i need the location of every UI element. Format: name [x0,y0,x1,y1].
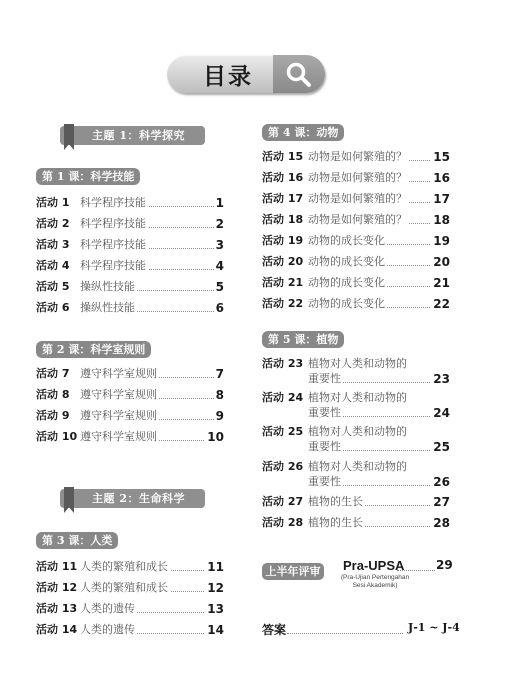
activity-number: 活动 9 [36,408,69,424]
toc-entry[interactable]: 活动 19 动物的成长变化 19 [262,233,450,249]
page-number: 18 [431,212,450,228]
page-number: 20 [431,254,450,270]
activity-number: 活动 6 [36,300,69,316]
toc-entry[interactable]: 活动 24 植物对人类和动物的 重要性 24 [262,390,450,420]
activity-title: 遵守科学室规则 [80,366,159,382]
page-number: 9 [214,408,224,424]
toc-entry[interactable]: 活动 18 动物是如何繁殖的？ 18 [262,212,450,228]
toc-entry[interactable]: 活动 5 操纵性技能 5 [36,279,224,295]
toc-entry[interactable]: 活动 26 植物对人类和动物的 重要性 26 [262,459,450,489]
activity-number: 活动 3 [36,237,69,253]
toc-entry[interactable]: 活动 7 遵守科学室规则 7 [36,366,224,382]
activity-number: 活动 25 [262,424,303,440]
lesson-label: 第 5 课：植物 [268,333,338,346]
activity-number: 活动 23 [262,356,303,372]
toc-entry[interactable]: 活动 28 植物的生长 28 [262,515,450,531]
review-subtitle: (Pra-Ujian Pertengahan Sesi Akademik) [335,574,415,590]
activity-title: 人类的繁殖和成长 [80,559,170,575]
toc-entry[interactable]: 活动 27 植物的生长 27 [262,494,450,510]
lesson-badge-5: 第 5 课：植物 [262,331,344,348]
activity-number: 活动 13 [36,601,77,617]
activity-number: 活动 10 [36,429,77,445]
toc-entry[interactable]: 活动 4 科学程序技能 4 [36,258,224,274]
lesson-badge-4: 第 4 课：动物 [262,124,344,141]
activity-number: 活动 21 [262,275,303,291]
page-title: 目录 [203,58,253,91]
activity-title: 遵守科学室规则 [80,387,159,403]
toc-entry[interactable]: 活动 6 操纵性技能 6 [36,300,224,316]
activity-number: 活动 20 [262,254,303,270]
activity-title: 动物是如何繁殖的？ [308,170,409,186]
activity-number: 活动 15 [262,149,303,165]
page-number: 16 [431,170,450,186]
review-title[interactable]: Pra-UPSA [343,558,404,573]
activity-number: 活动 11 [36,559,77,575]
activity-title-line2: 重要性 [308,405,343,421]
activity-number: 活动 24 [262,390,303,406]
page-number: 23 [431,371,450,387]
activity-title: 人类的遗传 [80,622,137,638]
activity-number: 活动 16 [262,170,303,186]
activity-title: 操纵性技能 [80,300,137,316]
page-number: 28 [431,515,450,531]
activity-title: 植物的生长 [308,494,365,510]
activity-title: 操纵性技能 [80,279,137,295]
theme-label: 主题 1：科学探究 [92,129,185,142]
activity-title: 动物的成长变化 [308,275,387,291]
toc-entry[interactable]: 活动 15 动物是如何繁殖的？ 15 [262,149,450,165]
activity-title: 动物是如何繁殖的？ [308,149,409,165]
activity-number: 活动 22 [262,296,303,312]
review-page-number: 29 [436,558,453,572]
dot-leader [287,633,403,634]
answers-label[interactable]: 答案 [262,621,286,638]
activity-number: 活动 18 [262,212,303,228]
bookmark-icon [64,487,74,513]
page-number: 25 [431,439,450,455]
activity-title: 植物的生长 [308,515,365,531]
activity-title: 科学程序技能 [80,258,148,274]
lesson-label: 第 2 课：科学室规则 [42,343,145,356]
page-number: 19 [431,233,450,249]
theme-banner-1: 主题 1：科学探究 [60,126,205,145]
activity-number: 活动 4 [36,258,69,274]
toc-entry[interactable]: 活动 3 科学程序技能 3 [36,237,224,253]
activity-number: 活动 19 [262,233,303,249]
bookmark-icon [64,124,74,150]
toc-entry[interactable]: 活动 25 植物对人类和动物的 重要性 25 [262,424,450,454]
toc-entry[interactable]: 活动 13 人类的遗传 13 [36,601,224,617]
activity-title: 遵守科学室规则 [80,429,159,445]
toc-entry[interactable]: 活动 22 动物的成长变化 22 [262,296,450,312]
page-number: 2 [214,216,224,232]
toc-entry[interactable]: 活动 20 动物的成长变化 20 [262,254,450,270]
page-number: 4 [214,258,224,274]
page-number: 13 [205,601,224,617]
activity-title: 人类的遗传 [80,601,137,617]
activity-number: 活动 12 [36,580,77,596]
activity-number: 活动 1 [36,195,69,211]
lesson-badge-1: 第 1 课：科学技能 [36,168,140,185]
activity-title: 植物对人类和动物的 [308,390,409,406]
theme-banner-2: 主题 2：生命科学 [60,489,205,508]
page-number: 17 [431,191,450,207]
toc-entry[interactable]: 活动 14 人类的遗传 14 [36,622,224,638]
activity-title: 动物是如何繁殖的？ [308,212,409,228]
activity-title: 科学程序技能 [80,195,148,211]
activity-number: 活动 8 [36,387,69,403]
activity-title: 人类的繁殖和成长 [80,580,170,596]
search-icon [285,61,313,89]
page-number: 11 [205,559,224,575]
toc-entry[interactable]: 活动 21 动物的成长变化 21 [262,275,450,291]
toc-entry[interactable]: 活动 1 科学程序技能 1 [36,195,224,211]
toc-entry[interactable]: 活动 11 人类的繁殖和成长 11 [36,559,224,575]
page-number: 1 [214,195,224,211]
answers-pages: J-1 ~ J-4 [408,621,460,634]
page-number: 27 [431,494,450,510]
activity-number: 活动 14 [36,622,77,638]
lesson-label: 第 3 课：人类 [42,534,112,547]
toc-entry[interactable]: 活动 8 遵守科学室规则 8 [36,387,224,403]
activity-title: 动物的成长变化 [308,296,387,312]
page-number: 8 [214,387,224,403]
page-number: 12 [205,580,224,596]
toc-entry[interactable]: 活动 10 遵守科学室规则 10 [36,429,224,445]
lesson-label: 第 4 课：动物 [268,126,338,139]
activity-number: 活动 5 [36,279,69,295]
toc-entry[interactable]: 活动 16 动物是如何繁殖的？ 16 [262,170,450,186]
page-number: 3 [214,237,224,253]
page-number: 26 [431,474,450,490]
activity-title: 植物对人类和动物的 [308,424,409,440]
search-icon-box [273,55,325,93]
toc-title-pill: 目录 [167,55,325,93]
toc-entry[interactable]: 活动 12 人类的繁殖和成长 12 [36,580,224,596]
lesson-badge-3: 第 3 课：人类 [36,532,118,549]
page-number: 22 [431,296,450,312]
activity-title: 植物对人类和动物的 [308,459,409,475]
page-number: 21 [431,275,450,291]
activity-number: 活动 2 [36,216,69,232]
activity-title-line2: 重要性 [308,439,343,455]
activity-title: 科学程序技能 [80,216,148,232]
toc-entry[interactable]: 活动 23 植物对人类和动物的 重要性 23 [262,356,450,386]
toc-entry[interactable]: 活动 9 遵守科学室规则 9 [36,408,224,424]
review-badge: 上半年评审 [262,563,324,580]
lesson-label: 第 1 课：科学技能 [42,170,134,183]
activity-number: 活动 26 [262,459,303,475]
activity-title: 遵守科学室规则 [80,408,159,424]
page-number: 24 [431,405,450,421]
activity-number: 活动 17 [262,191,303,207]
activity-title-line2: 重要性 [308,371,343,387]
page-number: 6 [214,300,224,316]
page-number: 7 [214,366,224,382]
activity-number: 活动 28 [262,515,303,531]
toc-entry[interactable]: 活动 2 科学程序技能 2 [36,216,224,232]
dot-leader [397,570,435,571]
theme-label: 主题 2：生命科学 [92,492,185,505]
activity-number: 活动 7 [36,366,69,382]
page-number: 15 [431,149,450,165]
activity-number: 活动 27 [262,494,303,510]
lesson-badge-2: 第 2 课：科学室规则 [36,341,151,358]
page-number: 5 [214,279,224,295]
page-number: 14 [205,622,224,638]
toc-entry[interactable]: 活动 17 动物是如何繁殖的？ 17 [262,191,450,207]
activity-title: 科学程序技能 [80,237,148,253]
activity-title: 动物是如何繁殖的？ [308,191,409,207]
activity-title: 植物对人类和动物的 [308,356,409,372]
activity-title-line2: 重要性 [308,474,343,490]
activity-title: 动物的成长变化 [308,233,387,249]
activity-title: 动物的成长变化 [308,254,387,270]
page-number: 10 [205,429,224,445]
